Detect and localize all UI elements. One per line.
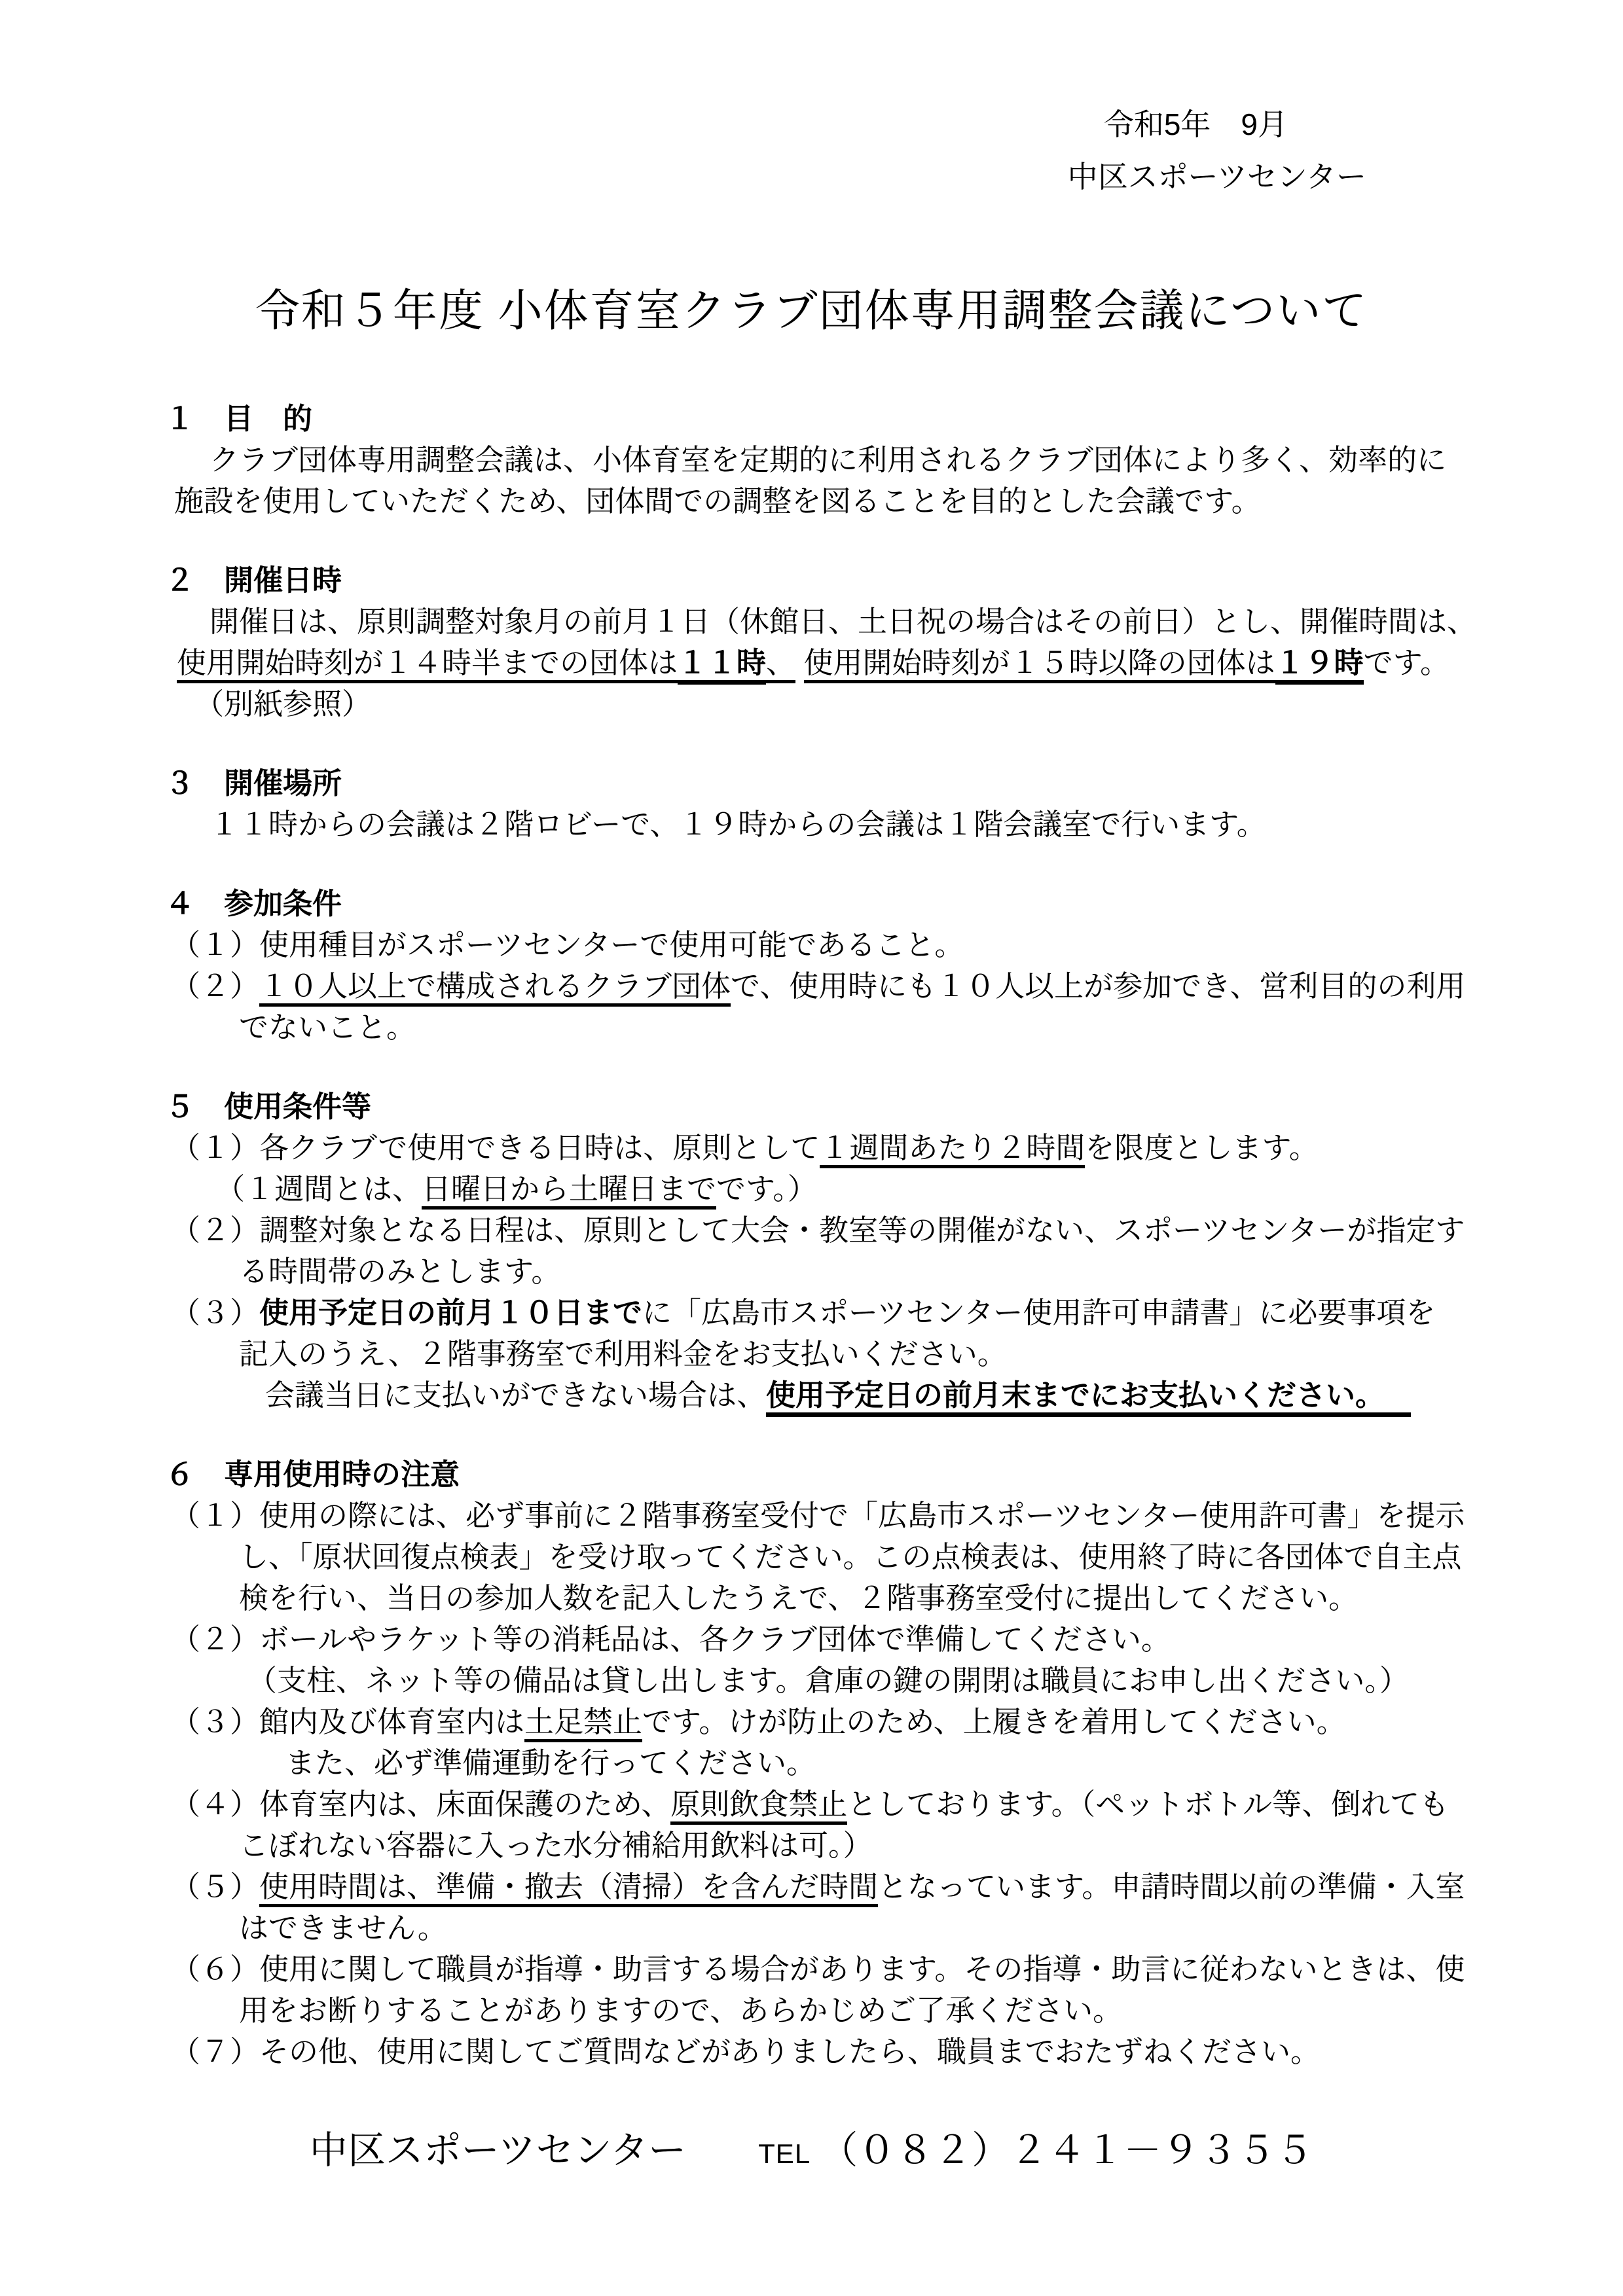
document-line: （２）ボールやラケット等の消耗品は、各クラブ団体で準備してください。 <box>165 1619 1458 1660</box>
document-line: 用をお断りすることがありますので、あらかじめご了承ください。 <box>165 1990 1458 2031</box>
section: ６ 専用使用時の注意（１）使用の際には、必ず事前に２階事務室受付で「広島市スポー… <box>165 1454 1458 2072</box>
section-heading: １ 目 的 <box>165 398 1458 439</box>
document-line: 検を行い、当日の参加人数を記入したうえで、２階事務室受付に提出してください。 <box>165 1577 1458 1619</box>
text-run: を限度とします。 <box>1085 1131 1318 1164</box>
document-line: 開催日は、原則調整対象月の前月１日（休館日、土日祝の場合はその前日）とし、開催時… <box>165 601 1458 642</box>
text-run: １０人以上で構成されるクラブ団体 <box>259 969 731 1007</box>
document-line: （２）１０人以上で構成されるクラブ団体で、使用時にも１０人以上が参加でき、営利目… <box>165 965 1458 1007</box>
document-line: （６）使用に関して職員が指導・助言する場合があります。その指導・助言に従わないと… <box>165 1948 1458 1990</box>
text-run: で、使用時にも１０人以上が参加でき、営利目的の利用 <box>731 969 1465 1003</box>
text-run: です。けが防止のため、上履きを着用してください。 <box>642 1705 1346 1738</box>
text-run: 日曜日から土曜日まで <box>422 1172 716 1210</box>
text-run: 土足禁止 <box>524 1705 642 1742</box>
text-run: に「広島市スポーツセンター使用許可申請書」に必要事項を <box>642 1296 1435 1329</box>
text-run: 、 <box>766 646 795 683</box>
text-run: （１）各クラブで使用できる日時は、原則として <box>171 1131 820 1164</box>
text-run: １１時からの会議は２階ロビーで、１９時からの会議は１階会議室で行います。 <box>210 808 1266 841</box>
document-line: （７）その他、使用に関してご質問などがありましたら、職員までおたずねください。 <box>165 2031 1458 2072</box>
document-line: はできません。 <box>165 1907 1458 1948</box>
header-date: 令和5年 9月 <box>165 98 1458 151</box>
text-run: （２）ボールやラケット等の消耗品は、各クラブ団体で準備してください。 <box>171 1623 1171 1656</box>
section: ５ 使用条件等（１）各クラブで使用できる日時は、原則として１週間あたり２時間を限… <box>165 1086 1458 1416</box>
text-run: また、必ず準備運動を行ってください。 <box>285 1746 816 1780</box>
text-run: １１時 <box>678 646 766 685</box>
text-run: 原則飲食禁止 <box>670 1787 847 1825</box>
document-line: （３）使用予定日の前月１０日までに「広島市スポーツセンター使用許可申請書」に必要… <box>165 1292 1458 1333</box>
tel-label: TEL <box>758 2138 811 2169</box>
document-line: し、「原状回復点検表」を受け取ってください。この点検表は、使用終了時に各団体で自… <box>165 1536 1458 1577</box>
text-run: 使用時間は、準備・撤去（清掃）を含んだ時間 <box>259 1870 878 1907</box>
text-run: （１）使用の際には、必ず事前に２階事務室受付で「広島市スポーツセンター使用許可書… <box>171 1499 1465 1532</box>
text-run: （４）体育室内は、床面保護のため、 <box>171 1787 670 1821</box>
text-run: （支柱、ネット等の備品は貸し出します。倉庫の鍵の開閉は職員にお申し出ください。） <box>247 1664 1409 1697</box>
text-run: 用をお断りすることがありますので、あらかじめご了承ください。 <box>239 1994 1122 2027</box>
text-run: です。） <box>716 1172 817 1206</box>
text-run: （３）館内及び体育室内は <box>171 1705 524 1738</box>
document-line: こぼれない容器に入った水分補給用飲料は可。） <box>165 1825 1458 1866</box>
text-run: １９時 <box>1275 646 1364 685</box>
text-run: 会議当日に支払いができない場合は、 <box>265 1378 766 1412</box>
text-run: 記入のうえ、２階事務室で利用料金をお支払いください。 <box>239 1337 1007 1371</box>
section-heading: ３ 開催場所 <box>165 762 1458 804</box>
text-run: 使用開始時刻が１５時以降の団体は <box>804 646 1275 683</box>
document-line: （２）調整対象となる日程は、原則として大会・教室等の開催がない、スポーツセンター… <box>165 1210 1458 1251</box>
text-run: （１）使用種目がスポーツセンターで使用可能であること。 <box>171 928 964 961</box>
document-line: 記入のうえ、２階事務室で利用料金をお支払いください。 <box>165 1333 1458 1374</box>
document-line: （別紙参照） <box>165 683 1458 725</box>
document-line: （５）使用時間は、準備・撤去（清掃）を含んだ時間となっています。申請時間以前の準… <box>165 1866 1458 1907</box>
document-line: （支柱、ネット等の備品は貸し出します。倉庫の鍵の開閉は職員にお申し出ください。） <box>165 1660 1458 1701</box>
sections-container: １ 目 的クラブ団体専用調整会議は、小体育室を定期的に利用されるクラブ団体により… <box>165 398 1458 2072</box>
document-line: （４）体育室内は、床面保護のため、原則飲食禁止としております。（ペットボトル等、… <box>165 1784 1458 1825</box>
text-run: （２）調整対象となる日程は、原則として大会・教室等の開催がない、スポーツセンター… <box>171 1213 1465 1247</box>
section: １ 目 的クラブ団体専用調整会議は、小体育室を定期的に利用されるクラブ団体により… <box>165 398 1458 522</box>
text-run: はできません。 <box>239 1911 447 1945</box>
text-run: し、「原状回復点検表」を受け取ってください。この点検表は、使用終了時に各団体で自… <box>239 1540 1462 1573</box>
text-run: こぼれない容器に入った水分補給用飲料は可。） <box>239 1829 873 1862</box>
section: ４ 参加条件（１）使用種目がスポーツセンターで使用可能であること。（２）１０人以… <box>165 883 1458 1048</box>
text-run: （３） <box>171 1296 259 1329</box>
document-line: 使用開始時刻が１４時半までの団体は１１時、 使用開始時刻が１５時以降の団体は１９… <box>165 642 1458 683</box>
text-run: （別紙参照） <box>194 687 371 721</box>
document-line: 施設を使用していただくため、団体間での調整を図ることを目的とした会議です。 <box>165 480 1458 522</box>
document-line: でないこと。 <box>165 1007 1458 1048</box>
document-line: （１）使用種目がスポーツセンターで使用可能であること。 <box>165 924 1458 965</box>
text-run: 検を行い、当日の参加人数を記入したうえで、２階事務室受付に提出してください。 <box>239 1581 1358 1615</box>
footer-organization: 中区スポーツセンター <box>310 2129 686 2172</box>
document-line: る時間帯のみとします。 <box>165 1251 1458 1292</box>
document-line: 会議当日に支払いができない場合は、使用予定日の前月末までにお支払いください。 <box>165 1374 1458 1416</box>
text-run: 使用予定日の前月末までにお支払いください。 <box>766 1378 1411 1417</box>
text-run: となっています。申請時間以前の準備・入室 <box>878 1870 1465 1903</box>
section: ３ 開催場所１１時からの会議は２階ロビーで、１９時からの会議は１階会議室で行いま… <box>165 762 1458 845</box>
text-run: でないこと。 <box>239 1011 416 1044</box>
document-line: （１）各クラブで使用できる日時は、原則として１週間あたり２時間を限度とします。 <box>165 1127 1458 1168</box>
section: ２ 開催日時開催日は、原則調整対象月の前月１日（休館日、土日祝の場合はその前日）… <box>165 560 1458 725</box>
document-line: クラブ団体専用調整会議は、小体育室を定期的に利用されるクラブ団体により多く、効率… <box>165 439 1458 480</box>
text-run: （６）使用に関して職員が指導・助言する場合があります。その指導・助言に従わないと… <box>171 1952 1465 1986</box>
text-run: （５） <box>171 1870 259 1903</box>
text-run: クラブ団体専用調整会議は、小体育室を定期的に利用されるクラブ団体により多く、効率… <box>210 443 1446 476</box>
document-line: １１時からの会議は２階ロビーで、１９時からの会議は１階会議室で行います。 <box>165 804 1458 845</box>
page-title: 令和５年度 小体育室クラブ団体専用調整会議について <box>165 280 1458 342</box>
text-run: 使用予定日の前月１０日まで <box>259 1296 642 1329</box>
document-line: （１）使用の際には、必ず事前に２階事務室受付で「広島市スポーツセンター使用許可書… <box>165 1495 1458 1536</box>
text-run <box>795 646 804 679</box>
text-run: （７）その他、使用に関してご質問などがありましたら、職員までおたずねください。 <box>171 2035 1320 2068</box>
document-line: また、必ず準備運動を行ってください。 <box>165 1742 1458 1784</box>
text-run: としております。（ペットボトル等、倒れても <box>847 1787 1449 1821</box>
section-heading: ５ 使用条件等 <box>165 1086 1458 1127</box>
footer-telephone: TEL（０８２）２４１－９３５５ <box>758 2129 1313 2172</box>
text-run: 開催日は、原則調整対象月の前月１日（休館日、土日祝の場合はその前日）とし、開催時… <box>210 605 1476 638</box>
document-footer: 中区スポーツセンターTEL（０８２）２４１－９３５５ <box>165 2123 1458 2181</box>
text-run: る時間帯のみとします。 <box>239 1255 560 1288</box>
header-organization: 中区スポーツセンター <box>165 151 1458 203</box>
text-run: １週間あたり２時間 <box>820 1131 1085 1168</box>
section-heading: ４ 参加条件 <box>165 883 1458 924</box>
text-run: 使用開始時刻が１４時半までの団体は <box>177 646 678 683</box>
text-run: （１週間とは、 <box>215 1172 422 1206</box>
section-heading: ６ 専用使用時の注意 <box>165 1454 1458 1495</box>
document-line: （３）館内及び体育室内は土足禁止です。けが防止のため、上履きを着用してください。 <box>165 1701 1458 1742</box>
text-run: です。 <box>1364 646 1450 679</box>
document-line: （１週間とは、日曜日から土曜日までです。） <box>165 1168 1458 1210</box>
text-run: （２） <box>171 969 259 1003</box>
document-page: 令和5年 9月 中区スポーツセンター 令和５年度 小体育室クラブ団体専用調整会議… <box>0 0 1623 2296</box>
section-heading: ２ 開催日時 <box>165 560 1458 601</box>
text-run: 施設を使用していただくため、団体間での調整を図ることを目的とした会議です。 <box>174 484 1261 518</box>
tel-number: （０８２）２４１－９３５５ <box>820 2129 1313 2172</box>
document-header: 令和5年 9月 中区スポーツセンター <box>165 98 1458 203</box>
